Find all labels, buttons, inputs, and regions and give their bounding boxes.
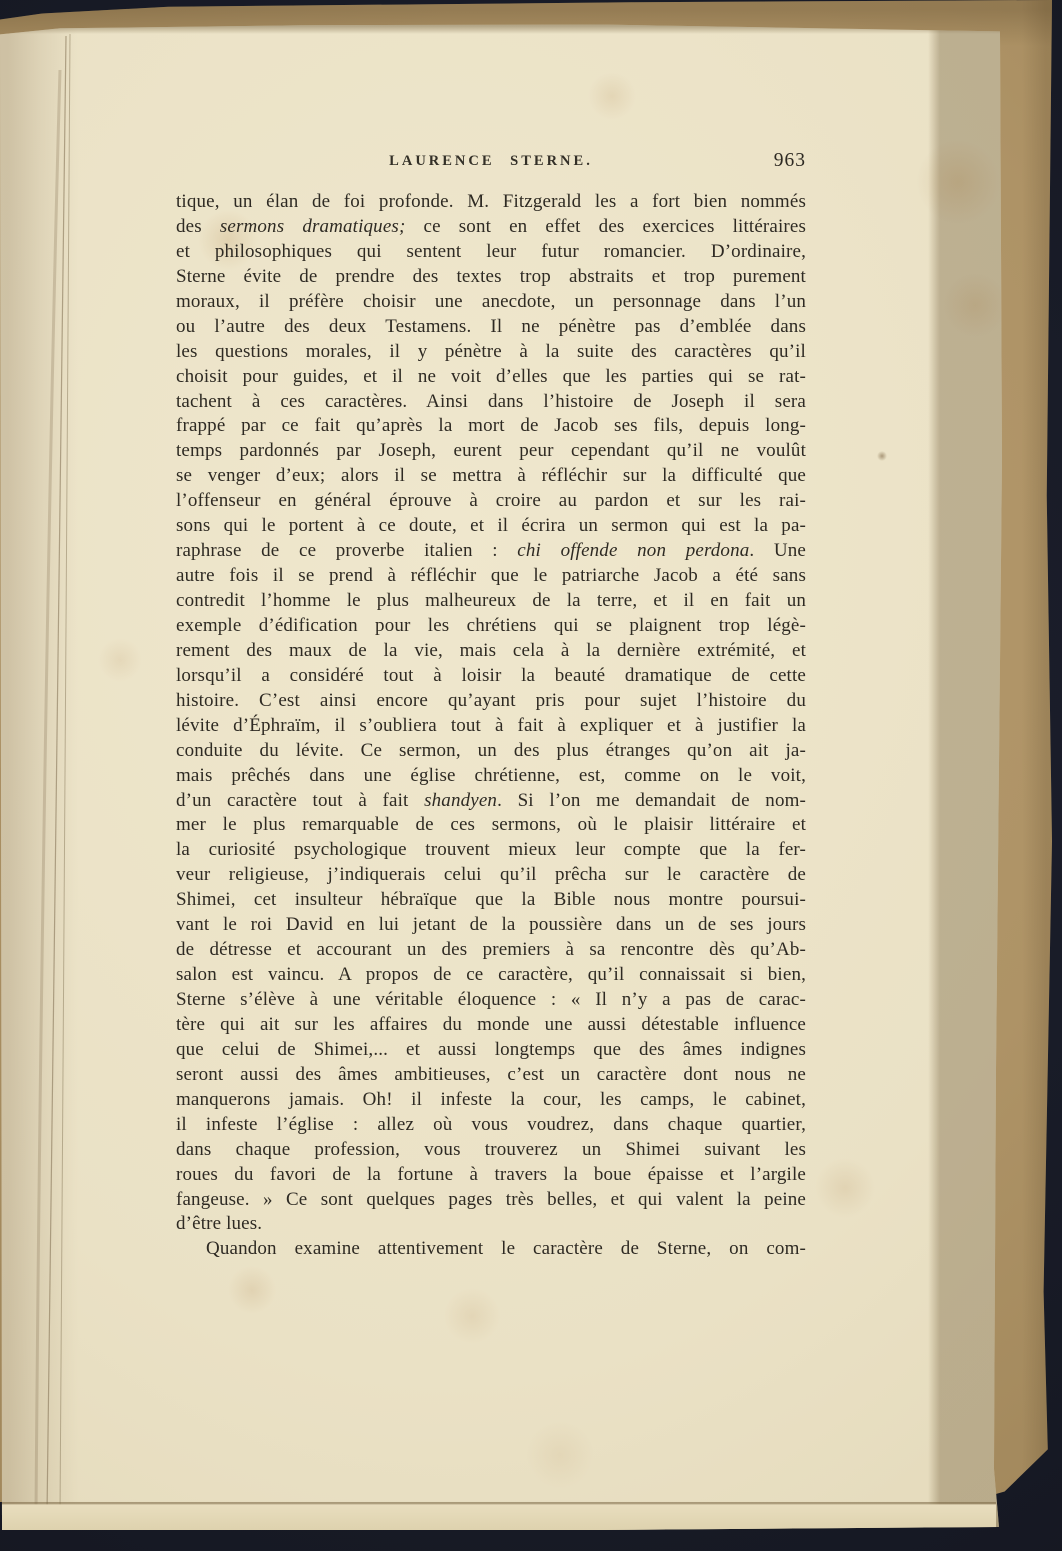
text-line: manquerons jamais. Oh! il infeste la cou… <box>176 1088 806 1113</box>
text-line: salon est vaincu. A propos de ce caractè… <box>176 963 806 988</box>
book-page: LAURENCE STERNE. 963 tique, un élan de f… <box>0 0 1002 1530</box>
text-line: se venger d’eux; alors il se mettra à ré… <box>176 464 806 489</box>
text-line: ou l’autre des deux Testamens. Il ne pén… <box>176 315 806 340</box>
text-line: tère qui ait sur les affaires du monde u… <box>176 1013 806 1038</box>
text-line: des sermons dramatiques; ce sont en effe… <box>176 215 806 240</box>
text-line: conduite du lévite. Ce sermon, un des pl… <box>176 739 806 764</box>
text-line: histoire. C’est ainsi encore qu’ayant pr… <box>176 689 806 714</box>
text-line: temps pardonnés par Joseph, eurent peur … <box>176 439 806 464</box>
text-line: tachent à ces caractères. Ainsi dans l’h… <box>176 390 806 415</box>
text-line: Sterne évite de prendre des textes trop … <box>176 265 806 290</box>
text-line: mais prêchés dans une église chrétienne,… <box>176 764 806 789</box>
text-line: seront aussi des âmes ambitieuses, c’est… <box>176 1063 806 1088</box>
text-line: lévite d’Éphraïm, il s’oubliera tout à f… <box>176 714 806 739</box>
text-line: choisit pour guides, et il ne voit d’ell… <box>176 365 806 390</box>
text-line: il infeste l’église : allez où vous voud… <box>176 1113 806 1138</box>
text-line: mer le plus remarquable de ces sermons, … <box>176 813 806 838</box>
text-line: frappé par ce fait qu’après la mort de J… <box>176 414 806 439</box>
text-line: tique, un élan de foi profonde. M. Fitzg… <box>176 190 806 215</box>
text-line: que celui de Shimei,... et aussi longtem… <box>176 1038 806 1063</box>
text-line: moraux, il préfère choisir une anecdote,… <box>176 290 806 315</box>
text-line: rement des maux de la vie, mais cela à l… <box>176 639 806 664</box>
gutter-crease-lines <box>0 0 140 1530</box>
text-line: fangeuse. » Ce sont quelques pages très … <box>176 1188 806 1213</box>
text-line: la curiosité psychologique trouvent mieu… <box>176 838 806 863</box>
text-line: roues du favori de la fortune à travers … <box>176 1163 806 1188</box>
running-title: LAURENCE STERNE. <box>176 153 806 170</box>
text-line: veur religieuse, j’indiquerais celui qu’… <box>176 863 806 888</box>
text-line: de détresse et accourant un des premiers… <box>176 938 806 963</box>
text-line: vant le roi David en lui jetant de la po… <box>176 913 806 938</box>
text-line: raphrase de ce proverbe italien : chi of… <box>176 539 806 564</box>
text-line: l’offenseur en général éprouve à croire … <box>176 489 806 514</box>
text-line: Sterne s’élève à une véritable éloquence… <box>176 988 806 1013</box>
scanned-book-photo: LAURENCE STERNE. 963 tique, un élan de f… <box>0 0 1062 1551</box>
text-line: Quandon examine attentivement le caractè… <box>176 1237 806 1262</box>
text-line: et philosophiques qui sentent leur futur… <box>176 240 806 265</box>
text-line: les questions morales, il y pénètre à la… <box>176 340 806 365</box>
text-line: autre fois il se prend à réfléchir que l… <box>176 564 806 589</box>
text-line: dans chaque profession, vous trouverez u… <box>176 1138 806 1163</box>
text-line: Shimei, cet insulteur hébraïque que la B… <box>176 888 806 913</box>
page-number: 963 <box>774 150 806 172</box>
text-body: tique, un élan de foi profonde. M. Fitzg… <box>176 190 806 1262</box>
text-line: lorsqu’il a considéré tout à loisir la b… <box>176 664 806 689</box>
text-line: sons qui le portent à ce doute, et il éc… <box>176 514 806 539</box>
text-line: d’être lues. <box>176 1212 806 1237</box>
text-line: contredit l’homme le plus malheureux de … <box>176 589 806 614</box>
text-line: d’un caractère tout à fait shandyen. Si … <box>176 789 806 814</box>
page-edge-sliver <box>0 1502 996 1530</box>
text-line: exemple d’édification pour les chrétiens… <box>176 614 806 639</box>
page-header: LAURENCE STERNE. 963 <box>176 150 806 176</box>
